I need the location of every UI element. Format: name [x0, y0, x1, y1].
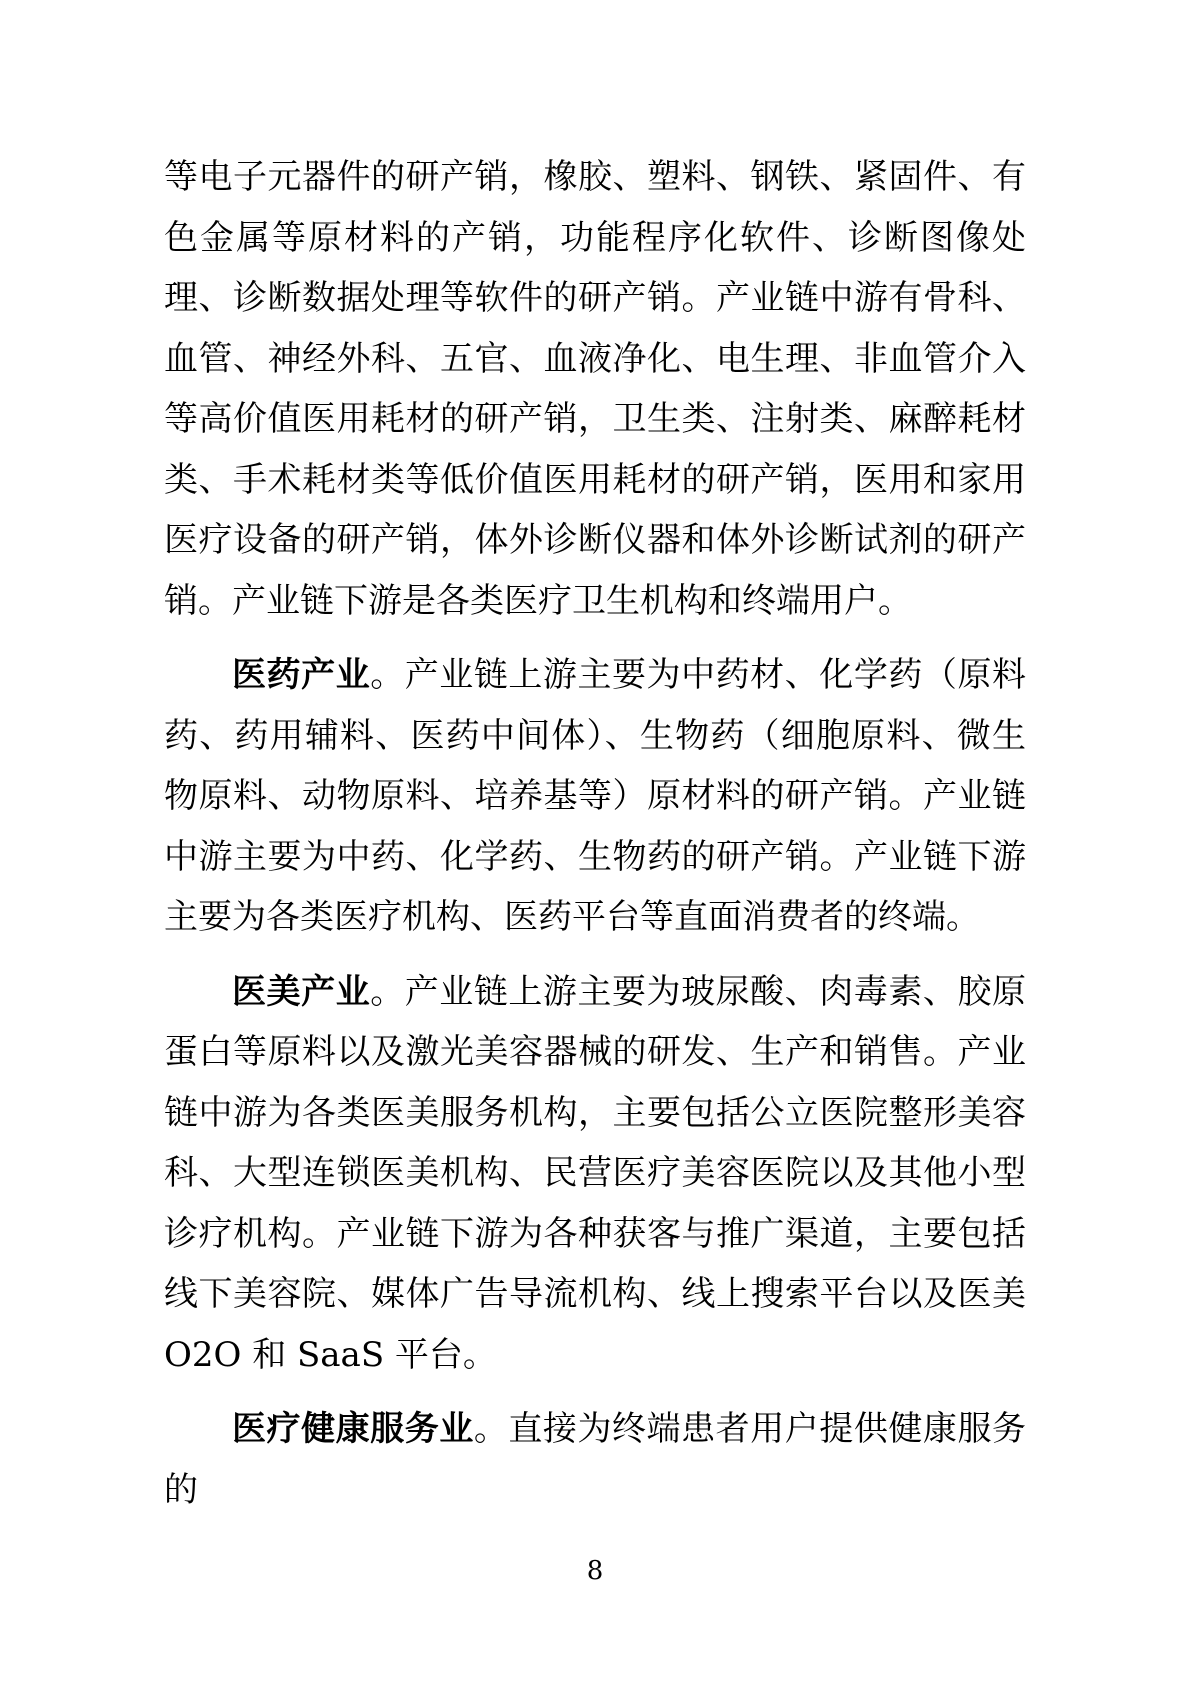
- paragraph: 等电子元器件的研产销，橡胶、塑料、钢铁、紧固件、有色金属等原材料的产销，功能程序…: [164, 147, 1026, 631]
- paragraph: 医疗健康服务业。直接为终端患者用户提供健康服务的: [164, 1399, 1026, 1520]
- paragraph-lead-bold: 医疗健康服务业: [232, 1409, 474, 1449]
- document-body: 等电子元器件的研产销，橡胶、塑料、钢铁、紧固件、有色金属等原材料的产销，功能程序…: [164, 147, 1026, 1534]
- paragraph-text: 。产业链上游主要为玻尿酸、肉毒素、胶原蛋白等原料以及激光美容器械的研发、生产和销…: [164, 972, 1026, 1375]
- paragraph: 医美产业。产业链上游主要为玻尿酸、肉毒素、胶原蛋白等原料以及激光美容器械的研发、…: [164, 962, 1026, 1386]
- paragraph: 医药产业。产业链上游主要为中药材、化学药（原料药、药用辅料、医药中间体）、生物药…: [164, 645, 1026, 948]
- paragraph-text: 等电子元器件的研产销，橡胶、塑料、钢铁、紧固件、有色金属等原材料的产销，功能程序…: [164, 157, 1026, 621]
- paragraph-text: 。产业链上游主要为中药材、化学药（原料药、药用辅料、医药中间体）、生物药（细胞原…: [164, 655, 1026, 937]
- paragraph-lead-bold: 医药产业: [232, 655, 370, 695]
- page-number: 8: [0, 1556, 1190, 1586]
- paragraph-lead-bold: 医美产业: [232, 972, 370, 1012]
